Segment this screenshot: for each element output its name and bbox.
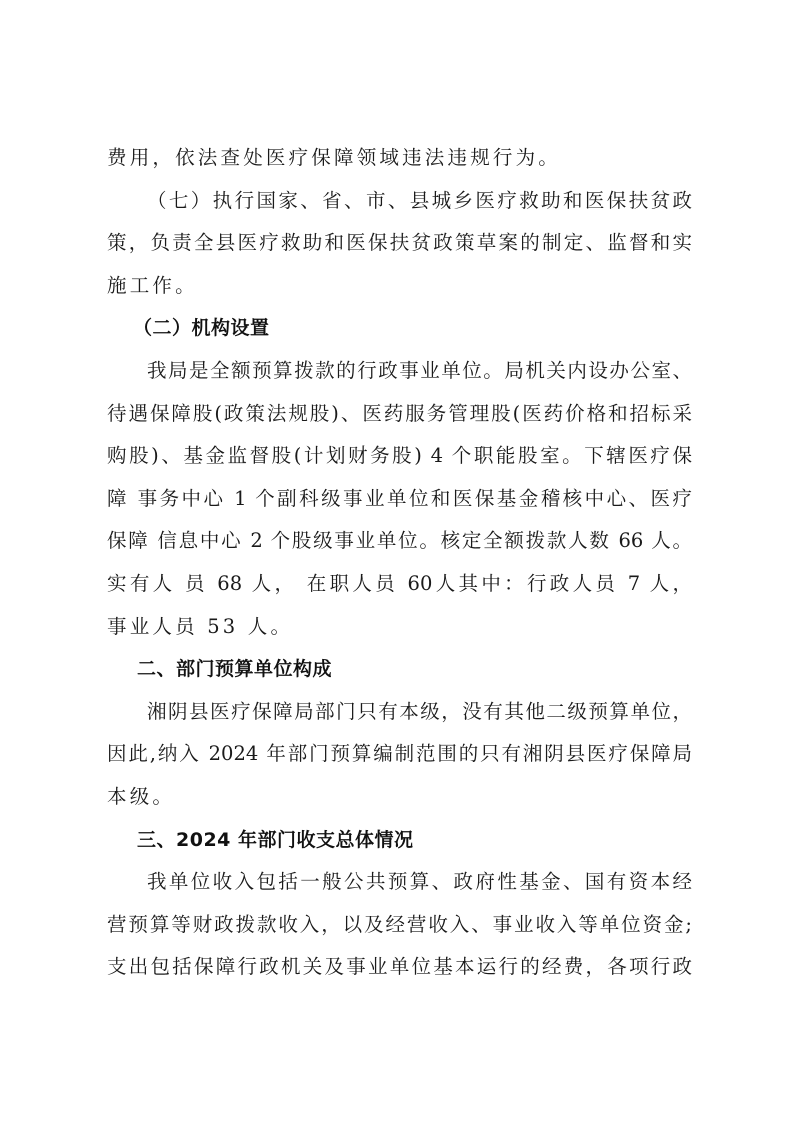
text-line: 本级。 bbox=[107, 782, 692, 825]
paragraph-revenue-expenditure: 我单位收入包括一般公共预算、政府性基金、国有资本经 营预算等财政拨款收入，以及经… bbox=[107, 867, 692, 995]
text-line: 施工作。 bbox=[107, 271, 692, 314]
text-line: 我单位收入包括一般公共预算、政府性基金、国有资本经 bbox=[107, 867, 692, 910]
text-line: 因此,纳入 2024 年部门预算编制范围的只有湘阴县医疗保障局 bbox=[107, 739, 692, 782]
paragraph-budget-units: 湘阴县医疗保障局部门只有本级，没有其他二级预算单位， 因此,纳入 2024 年部… bbox=[107, 697, 692, 825]
section-heading-org-setup: （二）机构设置 bbox=[107, 313, 692, 356]
paragraph-duty-seven: （七）执行国家、省、市、县城乡医疗救助和医保扶贫政 策，负责全县医疗救助和医保扶… bbox=[107, 186, 692, 314]
text-line: 实有人 员 68 人， 在职人员 60人其中：行政人员 7 人， bbox=[107, 569, 692, 612]
text-line: 障 事务中心 1 个副科级事业单位和医保基金稽核中心、医疗 bbox=[107, 484, 692, 527]
text-line: 事业人员 53 人。 bbox=[107, 612, 692, 655]
text-line: 待遇保障股(政策法规股)、医药服务管理股(医药价格和招标采 bbox=[107, 399, 692, 442]
text-line: 保障 信息中心 2 个股级事业单位。核定全额拨款人数 66 人。 bbox=[107, 526, 692, 569]
text-line: 湘阴县医疗保障局部门只有本级，没有其他二级预算单位， bbox=[107, 697, 692, 740]
text-line: （七）执行国家、省、市、县城乡医疗救助和医保扶贫政 bbox=[107, 186, 692, 229]
text-line: 策，负责全县医疗救助和医保扶贫政策草案的制定、监督和实 bbox=[107, 228, 692, 271]
text-line: 我局是全额预算拨款的行政事业单位。局机关内设办公室、 bbox=[107, 356, 692, 399]
text-line: 费用，依法查处医疗保障领域违法违规行为。 bbox=[107, 143, 692, 186]
text-line: 购股)、基金监督股(计划财务股) 4 个职能股室。下辖医疗保 bbox=[107, 441, 692, 484]
text-line: 营预算等财政拨款收入，以及经营收入、事业收入等单位资金; bbox=[107, 910, 692, 953]
section-heading-revenue-expenditure: 三、2024 年部门收支总体情况 bbox=[107, 825, 692, 868]
text-line: 支出包括保障行政机关及事业单位基本运行的经费，各项行政 bbox=[107, 952, 692, 995]
paragraph-duties-continuation: 费用，依法查处医疗保障领域违法违规行为。 bbox=[107, 143, 692, 186]
section-heading-budget-units: 二、部门预算单位构成 bbox=[107, 654, 692, 697]
document-page: 费用，依法查处医疗保障领域违法违规行为。 （七）执行国家、省、市、县城乡医疗救助… bbox=[107, 143, 692, 995]
paragraph-org-setup: 我局是全额预算拨款的行政事业单位。局机关内设办公室、 待遇保障股(政策法规股)、… bbox=[107, 356, 692, 654]
